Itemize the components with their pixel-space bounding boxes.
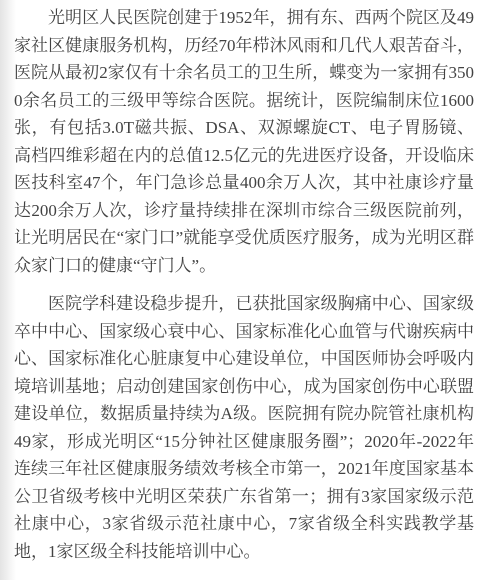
- article-page: 光明区人民医院创建于1952年，拥有东、西两个院区及49家社区健康服务机构，历经…: [0, 0, 489, 580]
- paragraph-discipline-development: 医院学科建设稳步提升，已获批国家级胸痛中心、国家级卒中中心、国家级心衰中心、国家…: [14, 290, 474, 565]
- paragraph-hospital-history: 光明区人民医院创建于1952年，拥有东、西两个院区及49家社区健康服务机构，历经…: [14, 4, 474, 279]
- article-content: 光明区人民医院创建于1952年，拥有东、西两个院区及49家社区健康服务机构，历经…: [0, 0, 489, 565]
